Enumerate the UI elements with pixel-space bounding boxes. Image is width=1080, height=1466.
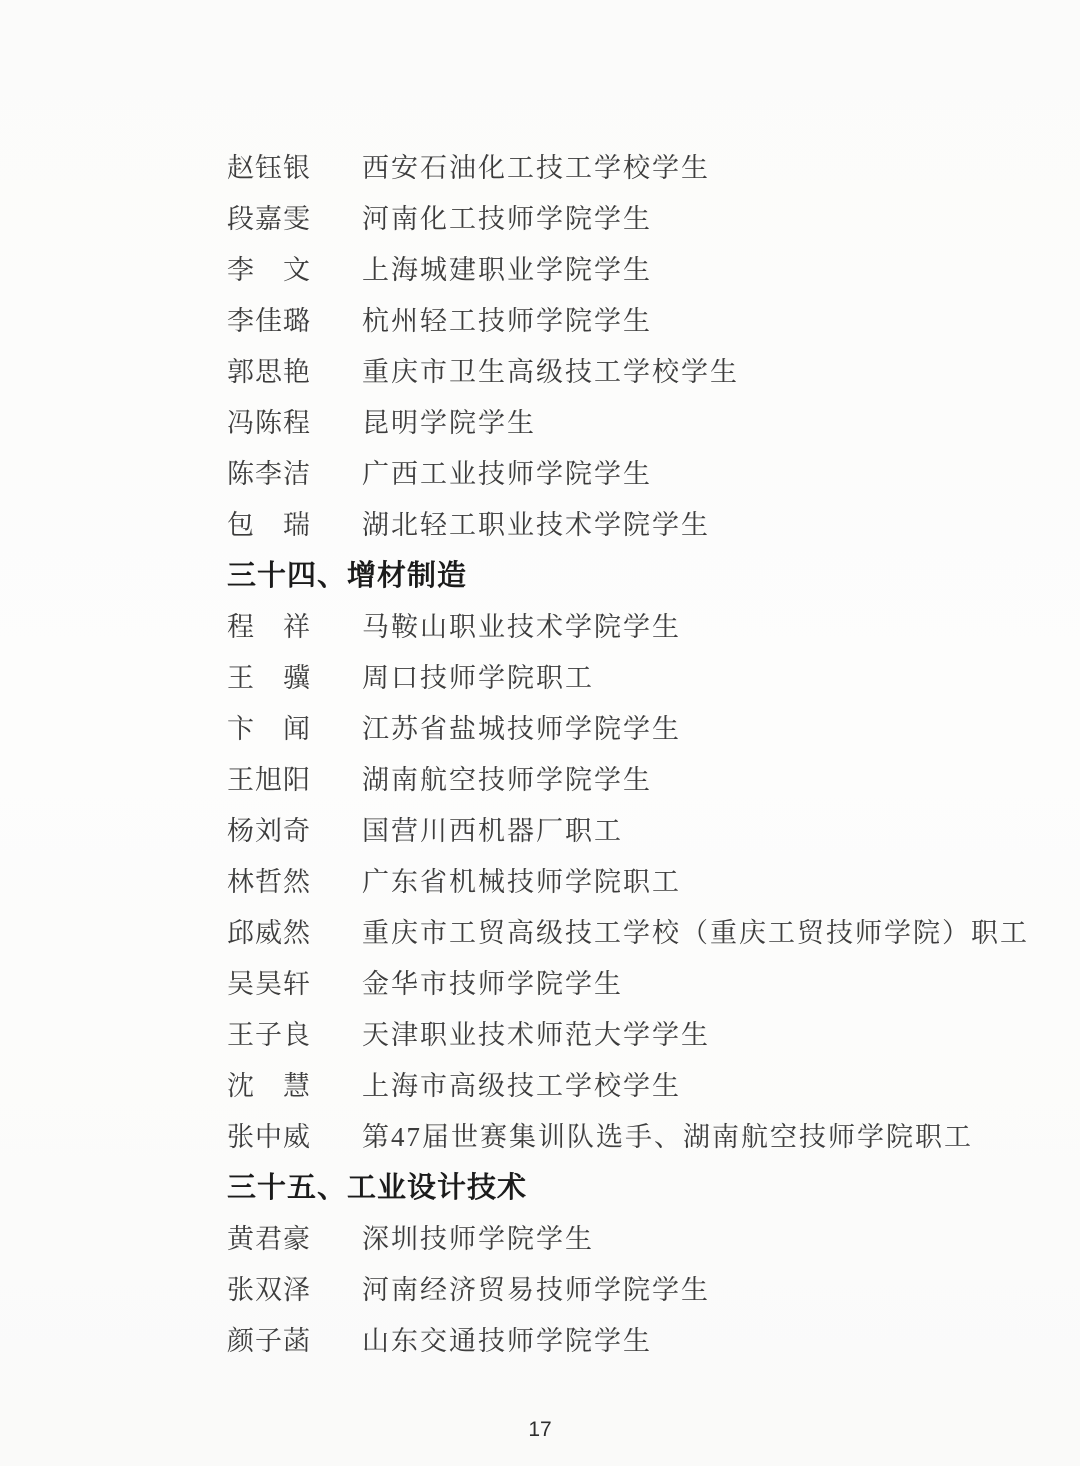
section-heading-35: 三十五、工业设计技术 <box>227 1160 1040 1211</box>
affiliation: 重庆市工贸高级技工学校（重庆工贸技师学院）职工 <box>362 911 1029 950</box>
list-item: 颜子菡 山东交通技师学院学生 <box>227 1313 1040 1364</box>
list-item: 沈 慧 上海市高级技工学校学生 <box>227 1058 1040 1109</box>
person-name: 陈李洁 <box>227 452 362 491</box>
list-item: 李佳璐 杭州轻工技师学院学生 <box>227 293 1040 344</box>
page-number: 17 <box>0 1418 1080 1442</box>
person-name: 黄君豪 <box>227 1217 362 1256</box>
list-item: 王旭阳 湖南航空技师学院学生 <box>227 752 1040 803</box>
person-name: 吴昊轩 <box>227 962 362 1001</box>
person-name: 郭思艳 <box>227 350 362 389</box>
person-name: 赵钰银 <box>227 146 362 185</box>
person-name: 包 瑞 <box>227 503 362 542</box>
list-item: 段嘉雯 河南化工技师学院学生 <box>227 191 1040 242</box>
list-item: 黄君豪 深圳技师学院学生 <box>227 1211 1040 1262</box>
affiliation: 重庆市卫生高级技工学校学生 <box>362 350 739 389</box>
list-item: 杨刘奇 国营川西机器厂职工 <box>227 803 1040 854</box>
person-name: 王子良 <box>227 1013 362 1052</box>
affiliation: 湖南航空技师学院学生 <box>362 758 652 797</box>
affiliation: 西安石油化工技工学校学生 <box>362 146 710 185</box>
list-item: 卞 闻 江苏省盐城技师学院学生 <box>227 701 1040 752</box>
affiliation: 天津职业技术师范大学学生 <box>362 1013 710 1052</box>
person-name: 冯陈程 <box>227 401 362 440</box>
list-item: 吴昊轩 金华市技师学院学生 <box>227 956 1040 1007</box>
person-name: 颜子菡 <box>227 1319 362 1358</box>
list-item: 赵钰银 西安石油化工技工学校学生 <box>227 140 1040 191</box>
person-name: 张双泽 <box>227 1268 362 1307</box>
list-item: 李 文 上海城建职业学院学生 <box>227 242 1040 293</box>
affiliation: 周口技师学院职工 <box>362 656 594 695</box>
list-item: 冯陈程 昆明学院学生 <box>227 395 1040 446</box>
person-name: 程 祥 <box>227 605 362 644</box>
list-item: 张中威 第47届世赛集训队选手、湖南航空技师学院职工 <box>227 1109 1040 1160</box>
person-name: 杨刘奇 <box>227 809 362 848</box>
affiliation: 杭州轻工技师学院学生 <box>362 299 652 338</box>
person-name: 张中威 <box>227 1115 362 1154</box>
affiliation: 第47届世赛集训队选手、湖南航空技师学院职工 <box>362 1115 973 1154</box>
affiliation: 河南化工技师学院学生 <box>362 197 652 236</box>
person-name: 卞 闻 <box>227 707 362 746</box>
affiliation: 金华市技师学院学生 <box>362 962 623 1001</box>
list-item: 林哲然 广东省机械技师学院职工 <box>227 854 1040 905</box>
list-item: 包 瑞 湖北轻工职业技术学院学生 <box>227 497 1040 548</box>
affiliation: 上海城建职业学院学生 <box>362 248 652 287</box>
affiliation: 山东交通技师学院学生 <box>362 1319 652 1358</box>
list-item: 张双泽 河南经济贸易技师学院学生 <box>227 1262 1040 1313</box>
affiliation: 广东省机械技师学院职工 <box>362 860 681 899</box>
list-item: 王子良 天津职业技术师范大学学生 <box>227 1007 1040 1058</box>
list-item: 陈李洁 广西工业技师学院学生 <box>227 446 1040 497</box>
person-name: 王旭阳 <box>227 758 362 797</box>
affiliation: 上海市高级技工学校学生 <box>362 1064 681 1103</box>
affiliation: 江苏省盐城技师学院学生 <box>362 707 681 746</box>
affiliation: 国营川西机器厂职工 <box>362 809 623 848</box>
affiliation: 广西工业技师学院学生 <box>362 452 652 491</box>
section-heading-34: 三十四、增材制造 <box>227 548 1040 599</box>
list-item: 邱威然 重庆市工贸高级技工学校（重庆工贸技师学院）职工 <box>227 905 1040 956</box>
affiliation: 深圳技师学院学生 <box>362 1217 594 1256</box>
affiliation: 湖北轻工职业技术学院学生 <box>362 503 710 542</box>
person-name: 沈 慧 <box>227 1064 362 1103</box>
document-page: 赵钰银 西安石油化工技工学校学生 段嘉雯 河南化工技师学院学生 李 文 上海城建… <box>0 0 1080 1466</box>
affiliation: 河南经济贸易技师学院学生 <box>362 1268 710 1307</box>
affiliation: 昆明学院学生 <box>362 401 536 440</box>
list-item: 程 祥 马鞍山职业技术学院学生 <box>227 599 1040 650</box>
person-name: 李佳璐 <box>227 299 362 338</box>
award-list: 赵钰银 西安石油化工技工学校学生 段嘉雯 河南化工技师学院学生 李 文 上海城建… <box>0 0 1080 1364</box>
affiliation: 马鞍山职业技术学院学生 <box>362 605 681 644</box>
person-name: 林哲然 <box>227 860 362 899</box>
person-name: 李 文 <box>227 248 362 287</box>
person-name: 段嘉雯 <box>227 197 362 236</box>
person-name: 邱威然 <box>227 911 362 950</box>
list-item: 郭思艳 重庆市卫生高级技工学校学生 <box>227 344 1040 395</box>
person-name: 王 骥 <box>227 656 362 695</box>
list-item: 王 骥 周口技师学院职工 <box>227 650 1040 701</box>
